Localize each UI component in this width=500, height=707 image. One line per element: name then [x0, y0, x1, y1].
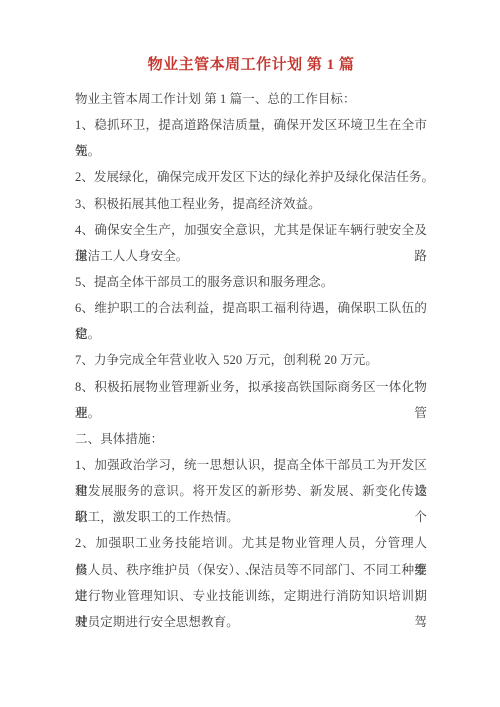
- text-line: 二、具体措施：: [75, 426, 427, 452]
- text-line: 先。: [75, 138, 427, 164]
- text-line: 7、力争完成全年营业收入 520 万元，创利税 20 万元。: [75, 347, 427, 373]
- text-line: 进行物业管理知识、专业技能训练，定期进行消防知识培训；对驾: [75, 583, 427, 609]
- text-line: 1、稳抓环卫，提高道路保洁质量，确保开发区环境卫生在全市领: [75, 112, 427, 138]
- text-line: 物业主管本周工作计划 第 1 篇一、总的工作目标：: [75, 86, 427, 112]
- text-line: 3、积极拓展其他工程业务，提高经济效益。: [75, 191, 427, 217]
- text-line: 1、加强政治学习，统一思想认识，提高全体干部员工为开发区建设: [75, 452, 427, 478]
- page-title: 物业主管本周工作计划 第 1 篇: [75, 56, 427, 74]
- text-line: 修人员、秩序维护员（保安）、保洁员等不同部门、不同工种要定期: [75, 557, 427, 583]
- text-line: 和发展服务的意识。将开发区的新形势、新发展、新变化传达给个: [75, 478, 427, 504]
- text-line: 6、维护职工的合法利益，提高职工福利待遇，确保职工队伍的稳: [75, 295, 427, 321]
- text-line: 8、积极拓展物业管理新业务，拟承接高铁国际商务区一体化物业管: [75, 374, 427, 400]
- document-page: 物业主管本周工作计划 第 1 篇 物业主管本周工作计划 第 1 篇一、总的工作目…: [0, 0, 500, 707]
- text-line: 2、加强职工业务技能培训。尤其是物业管理人员，分管理人员、维: [75, 530, 427, 556]
- text-line: 定。: [75, 321, 427, 347]
- text-line: 2、发展绿化，确保完成开发区下达的绿化养护及绿化保洁任务。: [75, 164, 427, 190]
- text-line: 5、提高全体干部员工的服务意识和服务理念。: [75, 269, 427, 295]
- text-line: 4、确保安全生产，加强安全意识，尤其是保证车辆行驶安全及道路: [75, 217, 427, 243]
